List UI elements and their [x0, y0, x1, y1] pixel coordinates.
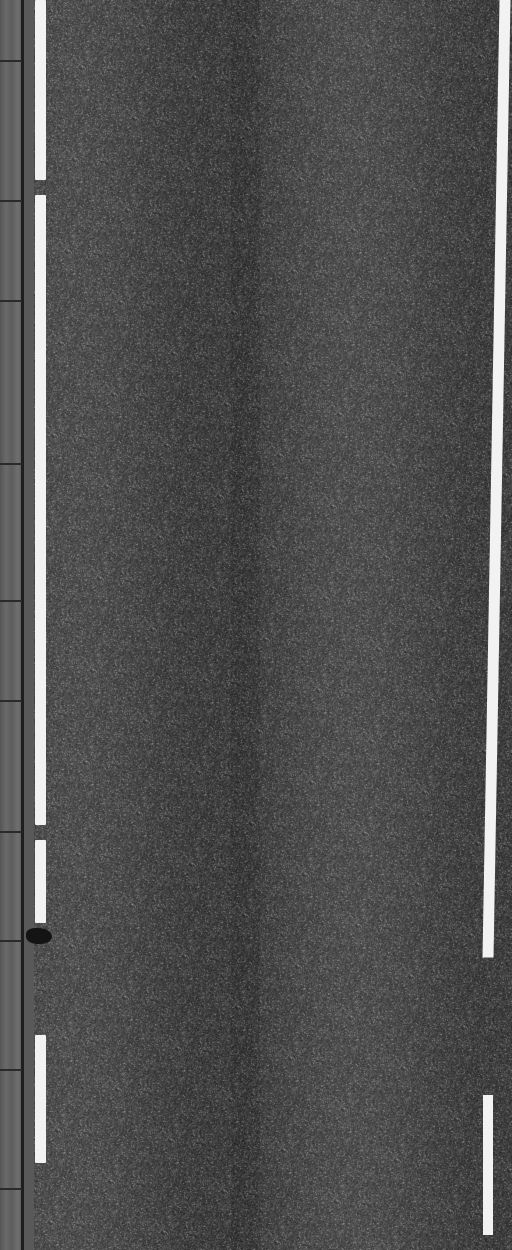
edge-line-dash: [483, 1095, 493, 1235]
oil-stain: [26, 928, 52, 944]
right-edge-markings: [0, 0, 512, 1250]
road-scene: [0, 0, 512, 1250]
edge-line-solid: [483, 0, 511, 958]
